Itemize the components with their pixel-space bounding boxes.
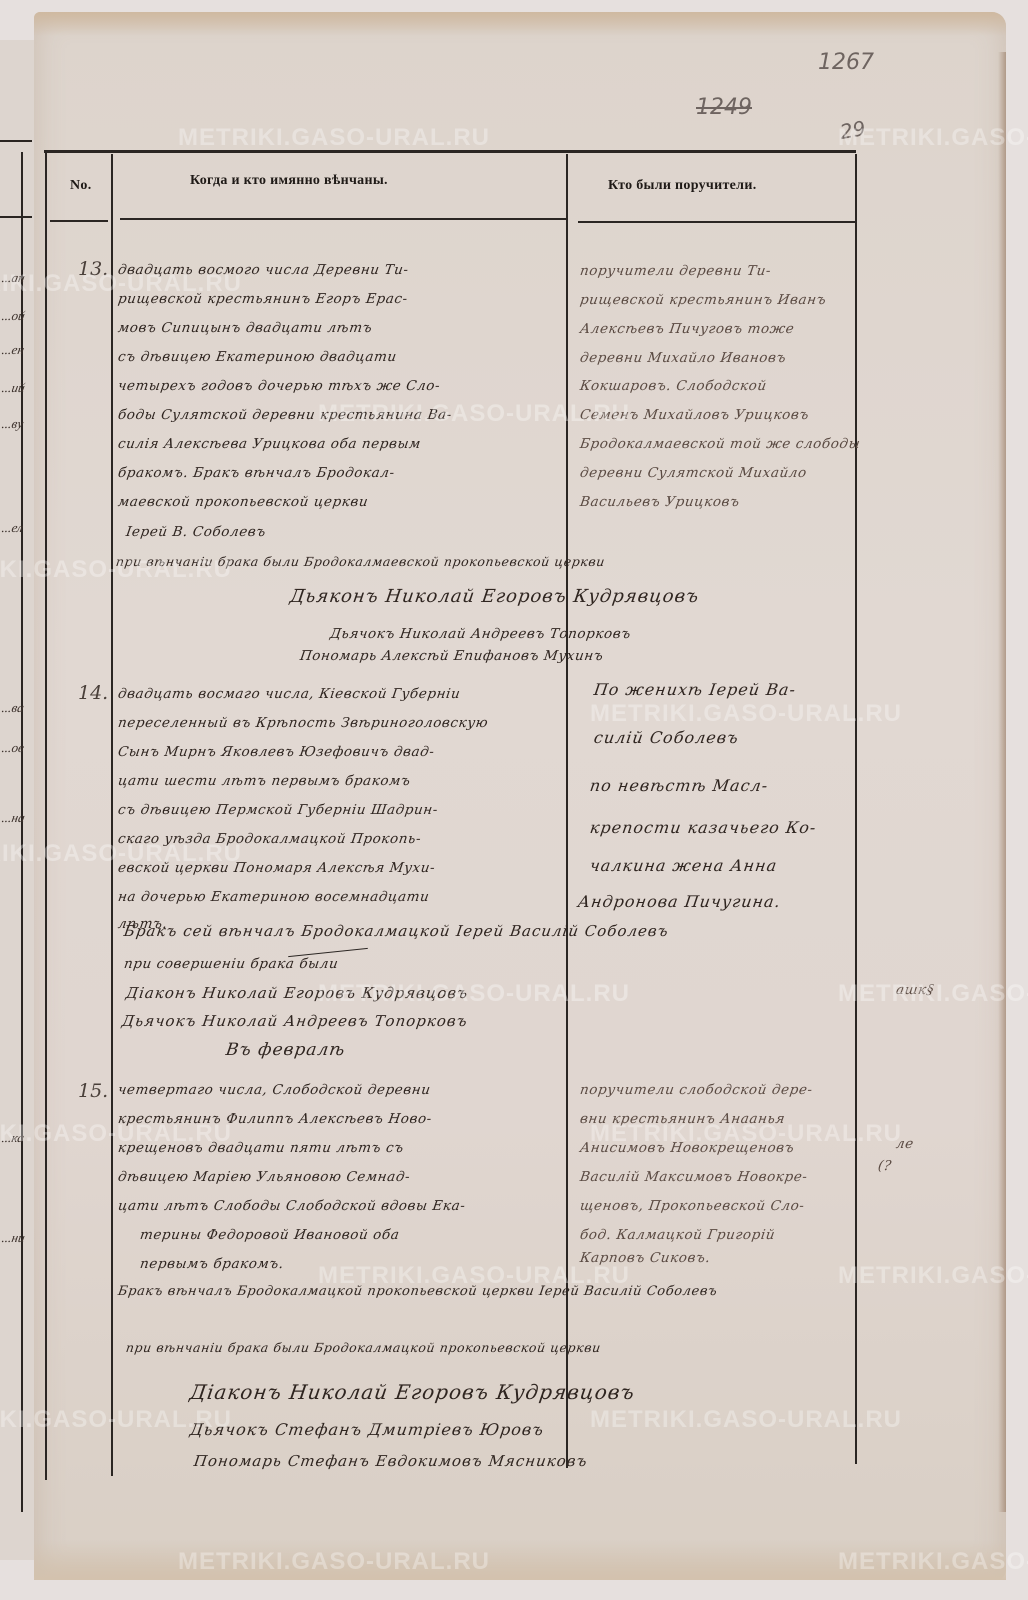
prev-page-header-rule (0, 216, 32, 218)
handwritten-line: боды Сулятской деревни крестьянина Ва- (117, 407, 453, 423)
archive-page-number: 1267 (818, 50, 874, 75)
folio-number: 29 (838, 116, 867, 144)
certification-note: при вѣнчаніи брака были Бродокалмацкой п… (125, 1340, 602, 1355)
handwritten-line: Сынъ Мирнъ Яковлевъ Юзефовичъ двад- (117, 744, 436, 760)
column-rule-right (855, 154, 857, 1464)
prev-page-text: ...ан (1, 270, 27, 286)
handwritten-line: Бродокалмаевской той же слободы (579, 436, 861, 452)
handwritten-line: Василій Максимовъ Новокре- (579, 1169, 809, 1185)
header-guarantors: Кто были поручители. (608, 178, 757, 194)
header-bottom-rule (50, 220, 108, 222)
handwritten-line: поручители деревни Ти- (579, 263, 772, 279)
margin-note: ле (895, 1136, 915, 1152)
entry-number: 14. (78, 682, 108, 704)
handwritten-line: скаго уѣзда Бродокалмацкой Прокопь- (117, 831, 422, 847)
handwritten-line: крепости казачьего Ко- (589, 818, 818, 837)
handwritten-line: крещеновъ двадцати пяти лѣтъ съ (117, 1140, 405, 1156)
handwritten-line: Алексѣевъ Пичуговъ тоже (579, 321, 796, 337)
prev-page-text: ...ий (1, 380, 27, 396)
clergy-signature: Дьяконъ Николай Егоровъ Кудрявцовъ (289, 586, 701, 607)
handwritten-line: силій Соболевъ (593, 728, 741, 747)
handwritten-line: бракомъ. Бракъ вѣнчалъ Бродокал- (117, 465, 396, 481)
handwritten-line: четырехъ годовъ дочерью тѣхъ же Сло- (117, 378, 441, 394)
prev-page-header-rule (0, 140, 32, 142)
handwritten-line: рищевской крестьянинъ Егоръ Ерас- (117, 291, 409, 307)
clergy-signature: Дiаконъ Николай Егоровъ Кудрявцовъ (125, 984, 470, 1002)
handwritten-line: деревни Михайло Ивановъ (579, 350, 787, 366)
header-bottom-rule (120, 218, 568, 220)
handwritten-line: поручители слободской дере- (579, 1082, 814, 1098)
handwritten-line: терины Федоровой Ивановой оба (139, 1227, 401, 1243)
clergy-signature: Дiаконъ Николай Егоровъ Кудрявцовъ (188, 1380, 636, 1404)
officiant-note: Бракъ вѣнчалъ Бродокалмацкой прокопьевск… (117, 1284, 718, 1299)
handwritten-line: маевской прокопьевской церкви (117, 494, 369, 510)
column-rule-left (45, 150, 47, 1480)
handwritten-line: Семенъ Михайловъ Урицковъ (579, 407, 810, 423)
sheet-right-edge-stain (998, 52, 1006, 1512)
clergy-signature: Пономарь Алексѣй Епифановъ Мухинъ (299, 648, 605, 664)
entry-number: 13. (78, 258, 108, 280)
handwritten-line: двадцать восмаго числа, Кіевской Губерні… (117, 686, 462, 702)
handwritten-line: первымъ бракомъ. (139, 1256, 285, 1272)
prev-page-text: ...ка (1, 1130, 26, 1146)
prev-page-text: ...ни (1, 1230, 27, 1246)
margin-note: ашк§ (895, 982, 935, 998)
previous-page-edge: ...ан ...ой ...ен ...ий ...ву ...ел ...в… (0, 40, 35, 1560)
officiant-signature: Iерей В. Соболевъ (125, 524, 267, 540)
month-heading: Въ февралѣ (225, 1040, 347, 1060)
prev-page-text: ...ов (1, 740, 26, 756)
clergy-signature: Дьячокъ Николай Андреевъ Топорковъ (329, 626, 632, 642)
handwritten-line: щеновъ, Прокопьевской Сло- (579, 1198, 806, 1214)
officiant-note: Бракъ сей вѣнчалъ Бродокалмацкой Iерей В… (123, 922, 670, 940)
header-number: No. (70, 178, 92, 194)
column-rule-number (111, 154, 113, 1476)
column-rule-married (566, 154, 568, 1468)
clergy-signature: Дьячокъ Николай Андреевъ Топорковъ (121, 1012, 469, 1030)
clergy-signature: Пономарь Стефанъ Евдокимовъ Мясниковъ (193, 1452, 589, 1470)
handwritten-line: Карповъ Сиковъ. (579, 1250, 712, 1266)
handwritten-line: силія Алексѣева Урицкова оба первым (117, 436, 422, 452)
handwritten-line: съ дѣвицею Екатериною двадцати (117, 349, 398, 365)
prev-page-text: ...ва (1, 700, 26, 716)
clergy-signature: Дьячокъ Стефанъ Дмитріевъ Юровъ (189, 1420, 546, 1439)
struck-note: при совершеніи брака были (123, 956, 340, 972)
handwritten-line: мовъ Сипицынъ двадцати лѣтъ (117, 320, 374, 336)
handwritten-line: Анисимовъ Новокрещеновъ (579, 1140, 796, 1156)
handwritten-line: цати лѣтъ Слободы Слободской вдовы Ека- (117, 1198, 467, 1214)
handwritten-line: рищевской крестьянинъ Иванъ (579, 292, 828, 308)
handwritten-line: съ дѣвицею Пермской Губерніи Шадрин- (117, 802, 439, 818)
handwritten-line: переселенный въ Крѣпость Звѣриноголовску… (117, 715, 489, 731)
table-top-rule (44, 150, 856, 153)
handwritten-line: на дочерью Екатериною восемнадцати (117, 889, 431, 905)
handwritten-line: по невѣстѣ Масл- (589, 776, 770, 795)
handwritten-line: По женихѣ Iерей Ва- (593, 680, 798, 699)
handwritten-line: дѣвицею Маріею Ульяновою Семнад- (117, 1169, 411, 1185)
handwritten-line: евской церкви Пономаря Алексѣя Мухи- (117, 860, 437, 876)
header-who-married: Когда и кто имянно вѣнчаны. (190, 173, 388, 189)
old-page-number-struck: 1249 (696, 95, 752, 120)
handwritten-line: четвертаго числа, Слободской деревни (117, 1082, 432, 1098)
handwritten-line: чалкина жена Анна (589, 856, 779, 875)
prev-page-text: ...на (1, 810, 27, 826)
handwritten-line: цати шести лѣтъ первымъ бракомъ (117, 773, 412, 789)
margin-note: (? (877, 1158, 893, 1174)
handwritten-line: крестьянинъ Филиппъ Алексѣевъ Ново- (117, 1111, 433, 1127)
prev-page-text: ...ен (1, 342, 26, 358)
handwritten-line: Кокшаровъ. Слободской (579, 378, 768, 394)
handwritten-line: Андронова Пичугина. (577, 892, 782, 911)
handwritten-line: вни крестьянинъ Анаанья (579, 1111, 786, 1127)
prev-page-text: ...ел (1, 520, 25, 536)
header-bottom-rule (578, 221, 856, 223)
handwritten-line: Васильевъ Урицковъ (579, 494, 741, 510)
handwritten-line: деревни Сулятской Михайло (579, 465, 808, 481)
prev-page-text: ...ой (1, 308, 27, 324)
prev-page-text: ...ву (1, 416, 25, 432)
entry-number: 15. (78, 1080, 108, 1102)
handwritten-line: двадцать восмого числа Деревни Ти- (117, 262, 410, 278)
certification-note: при вѣнчаніи брака были Бродокалмаевской… (115, 554, 606, 569)
handwritten-line: бод. Калмацкой Григорій (579, 1227, 776, 1243)
